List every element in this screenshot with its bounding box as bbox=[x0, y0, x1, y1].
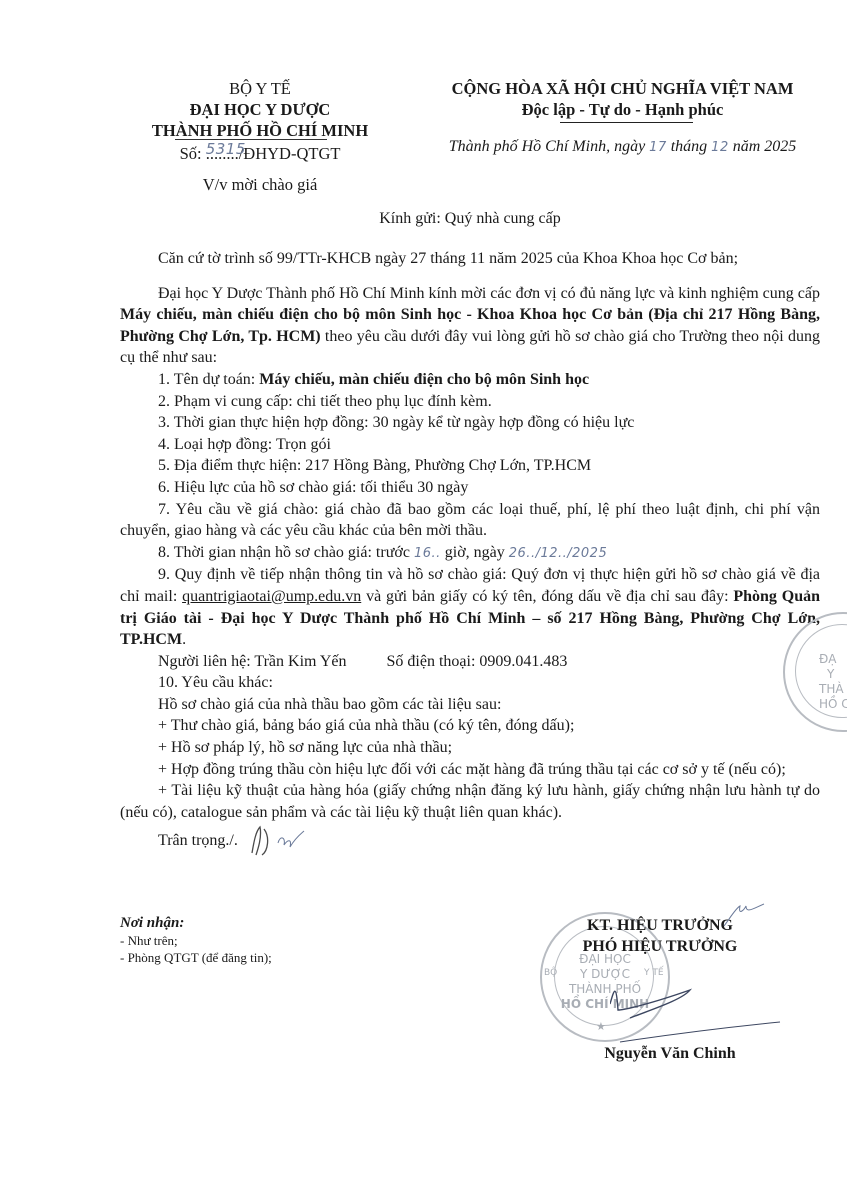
item-7: 7. Yêu cầu về giá chào: giá chào đã bao … bbox=[120, 499, 820, 542]
national-motto: Độc lập - Tự do - Hạnh phúc bbox=[522, 99, 724, 120]
contact-phone: Số điện thoại: 0909.041.483 bbox=[387, 653, 568, 670]
greeting: Kính gửi: Quý nhà cung cấp bbox=[120, 210, 820, 228]
recipients-block: Nơi nhận: - Như trên; - Phòng QTGT (để đ… bbox=[120, 915, 420, 966]
doc-item: + Tài liệu kỹ thuật của hàng hóa (giấy c… bbox=[120, 780, 820, 823]
initials-signature-icon bbox=[246, 823, 306, 857]
item-8: 8. Thời gian nhận hồ sơ chào giá: trước … bbox=[120, 542, 820, 565]
item-1: 1. Tên dự toán: Máy chiếu, màn chiếu điệ… bbox=[120, 369, 820, 391]
contact-email-link[interactable]: quantrigiaotai@ump.edu.vn bbox=[182, 588, 361, 605]
deadline-date-handwritten: 26../12../2025 bbox=[509, 546, 607, 561]
recipient-item: - Phòng QTGT (để đăng tin); bbox=[120, 949, 420, 966]
university-name-line2: THÀNH PHỐ HỒ CHÍ MINH bbox=[120, 120, 400, 141]
doc-item: + Hợp đồng trúng thầu còn hiệu lực đối v… bbox=[120, 759, 820, 781]
document-number-blank: .......5315 bbox=[206, 143, 235, 164]
doc-item: + Thư chào giá, bảng báo giá của nhà thầ… bbox=[120, 715, 820, 737]
issue-date: Thành phố Hồ Chí Minh, ngày 17 tháng 12 … bbox=[430, 136, 815, 158]
basis-paragraph: Căn cứ tờ trình số 99/TTr-KHCB ngày 27 t… bbox=[120, 248, 820, 270]
item-9: 9. Quy định về tiếp nhận thông tin và hồ… bbox=[120, 564, 820, 650]
item-10: 10. Yêu cầu khác: bbox=[120, 672, 820, 694]
date-month-handwritten: 12 bbox=[711, 140, 729, 155]
header-left: BỘ Y TẾ ĐẠI HỌC Y DƯỢC THÀNH PHỐ HỒ CHÍ … bbox=[120, 78, 400, 195]
signer-name: Nguyễn Văn Chinh bbox=[560, 1045, 780, 1063]
signature-title-line2: PHÓ HIỆU TRƯỞNG bbox=[545, 936, 775, 957]
recipient-item: - Như trên; bbox=[120, 932, 420, 949]
closing: Trân trọng./. bbox=[120, 823, 820, 857]
intro-paragraph: Đại học Y Dược Thành phố Hồ Chí Minh kín… bbox=[120, 283, 820, 369]
item-3: 3. Thời gian thực hiện hợp đồng: 30 ngày… bbox=[120, 412, 820, 434]
item-4: 4. Loại hợp đồng: Trọn gói bbox=[120, 434, 820, 456]
country-name: CỘNG HÒA XÃ HỘI CHỦ NGHĨA VIỆT NAM bbox=[430, 78, 815, 99]
document-subject: V/v mời chào giá bbox=[120, 174, 400, 195]
number-overline bbox=[175, 139, 327, 140]
document-number: Số: .......5315./ĐHYD-QTGT bbox=[120, 143, 400, 164]
date-day-handwritten: 17 bbox=[649, 140, 667, 155]
recipients-title: Nơi nhận: bbox=[120, 915, 420, 932]
item-6: 6. Hiệu lực của hồ sơ chào giá: tối thiể… bbox=[120, 477, 820, 499]
partial-stamp: ĐẠ Y THÀ HỒ C bbox=[783, 612, 847, 732]
header-right: CỘNG HÒA XÃ HỘI CHỦ NGHĨA VIỆT NAM Độc l… bbox=[430, 78, 815, 158]
contact-person: Người liên hệ: Trần Kim Yến bbox=[158, 653, 347, 670]
university-name-line1: ĐẠI HỌC Y DƯỢC bbox=[120, 99, 400, 120]
deadline-hour-handwritten: 16.. bbox=[414, 546, 441, 561]
motto-underline bbox=[560, 122, 694, 123]
doc-item: + Hồ sơ pháp lý, hồ sơ năng lực của nhà … bbox=[120, 737, 820, 759]
initials-mark-icon bbox=[720, 900, 780, 930]
docs-intro: Hồ sơ chào giá của nhà thầu bao gồm các … bbox=[120, 694, 820, 716]
letter-body: Căn cứ tờ trình số 99/TTr-KHCB ngày 27 t… bbox=[120, 248, 820, 857]
document-number-handwritten: 5315 bbox=[206, 139, 246, 160]
item-5: 5. Địa điểm thực hiện: 217 Hồng Bàng, Ph… bbox=[120, 455, 820, 477]
star-icon: ★ bbox=[596, 1020, 606, 1033]
item-2: 2. Phạm vi cung cấp: chi tiết theo phụ l… bbox=[120, 391, 820, 413]
ministry-name: BỘ Y TẾ bbox=[120, 78, 400, 99]
contact-line: Người liên hệ: Trần Kim YếnSố điện thoại… bbox=[120, 651, 820, 673]
